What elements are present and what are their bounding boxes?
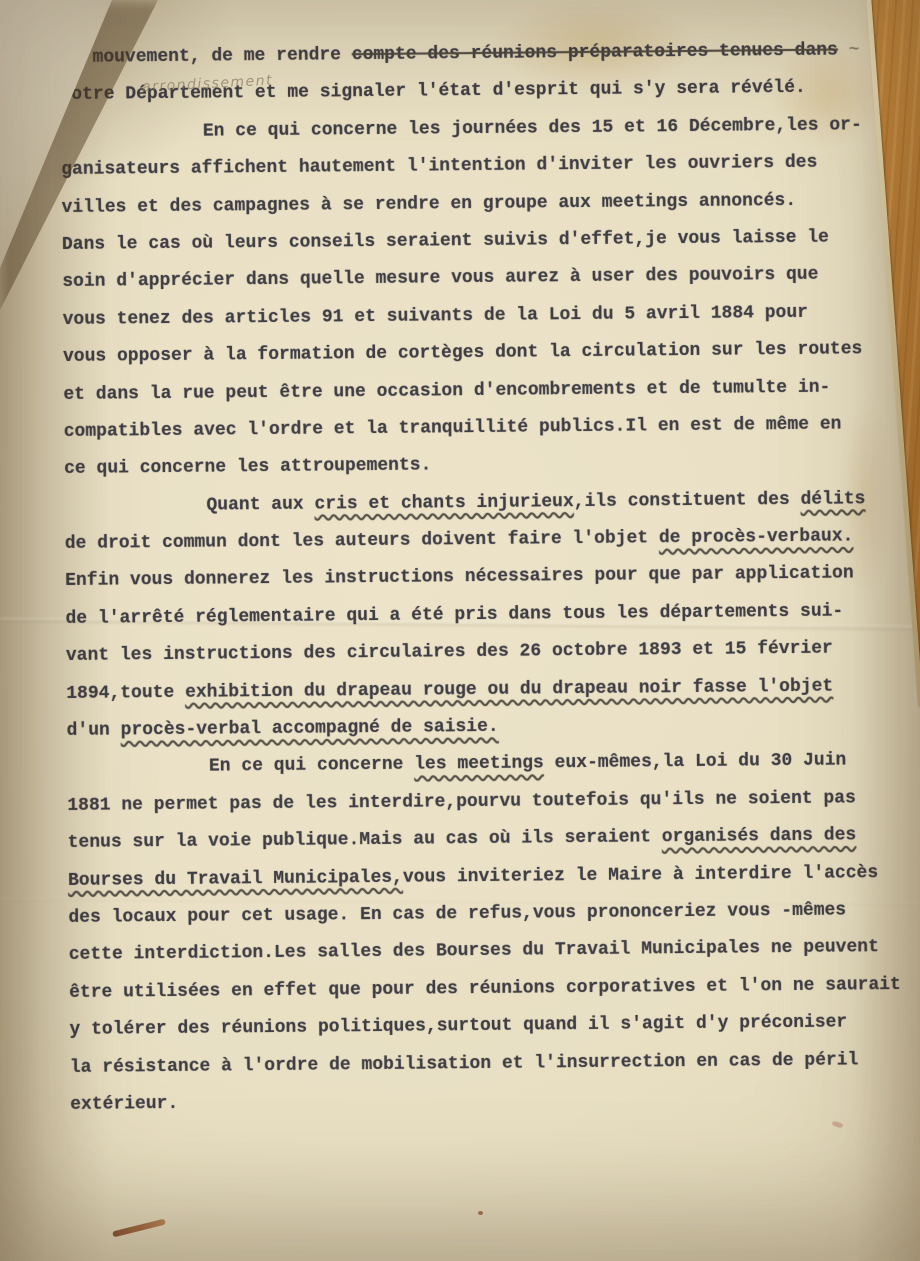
- typed-segment-plain: la résistance à l'ordre de mobilisation …: [70, 1050, 859, 1078]
- typed-segment-plain: vant les instructions des circulaires de…: [66, 639, 833, 666]
- photo-frame: ce mouvement, de me rendre compte des ré…: [0, 0, 920, 1261]
- typed-segment-u: délits: [800, 489, 865, 510]
- typed-segment-u: procès-verbal accompagné de saisie.: [121, 717, 499, 741]
- typed-segment-plain: ce qui concerne les attroupements.: [64, 456, 431, 480]
- typed-segment-plain: 1894,toute: [66, 682, 185, 703]
- typed-segment-u: les meetings: [414, 754, 544, 775]
- typed-segment-plain: vous opposer à la formation de cortèges …: [63, 339, 862, 367]
- typed-segment-plain: eux-mêmes,la Loi du 30 Juin: [544, 751, 847, 774]
- typed-segment-plain: vous inviteriez le Maire à interdire l'a…: [403, 863, 878, 888]
- typed-segment-plain: d'un: [67, 720, 121, 741]
- pink-mark: [831, 1120, 843, 1128]
- typed-segment-plain: cette interdiction.Les salles des Bourse…: [69, 938, 879, 966]
- typed-segment-strike: compte des réunions préparatoires tenues…: [352, 41, 838, 66]
- typed-segment-plain: Enfin vous donnerez les instructions néc…: [65, 564, 854, 592]
- typed-segment-plain: de l'arrêté réglementaire qui a été pris…: [65, 601, 843, 628]
- typed-segment-plain: de droit commun dont les auteurs doivent…: [65, 528, 659, 554]
- typed-segment-plain: ,ils constituent des: [574, 490, 801, 512]
- typed-segment-plain: y tolérer des réunions politiques,surtou…: [69, 1013, 847, 1040]
- typed-text-block: ce mouvement, de me rendre compte des ré…: [60, 32, 920, 1124]
- typed-segment-plain: soin d'apprécier dans quelle mesure vous…: [62, 265, 818, 292]
- typed-segment-u: Bourses du Travail Municipales,: [68, 867, 403, 890]
- typed-segment-plain: tenus sur la voie publique.Mais au cas o…: [68, 827, 662, 853]
- typed-segment-plain: En ce qui concerne: [209, 755, 414, 777]
- typed-segment-plain: En ce qui concerne les journées des 15 e…: [203, 115, 862, 141]
- typed-segment-u: organisés dans des: [662, 826, 857, 848]
- typed-segment-u: exhibition du drapeau rouge ou du drapea…: [185, 676, 833, 702]
- document-page: ce mouvement, de me rendre compte des ré…: [0, 0, 920, 1261]
- typed-segment-pencil: ~: [838, 40, 860, 60]
- rust-stain: [112, 1219, 166, 1238]
- typed-segment-u: cris et chants injurieux: [314, 492, 573, 514]
- rust-speck: [478, 1211, 483, 1215]
- typed-segment-plain: Quant aux: [206, 494, 314, 515]
- typed-segment-plain: compatibles avec l'ordre et la tranquill…: [64, 414, 842, 441]
- typed-segment-plain: Dans le cas où leurs conseils seraient s…: [62, 228, 829, 255]
- typed-segment-u: de procès-verbaux.: [659, 526, 854, 548]
- typed-segment-plain: ganisateurs affichent hautement l'intent…: [61, 153, 817, 180]
- typed-segment-plain: extérieur.: [70, 1094, 178, 1115]
- typed-segment-plain: et dans la rue peut être une occasion d'…: [63, 377, 830, 404]
- typed-segment-plain: vous tenez des articles 91 et suivants d…: [63, 303, 808, 330]
- typed-segment-plain: 1881 ne permet pas de les interdire,pour…: [67, 788, 856, 816]
- typed-segment-plain: villes et des campagnes à se rendre en g…: [62, 191, 797, 218]
- typed-segment-plain: être utilisées en effet que pour des réu…: [69, 975, 901, 1003]
- typed-segment-plain: des locaux pour cet usage. En cas de ref…: [68, 900, 846, 927]
